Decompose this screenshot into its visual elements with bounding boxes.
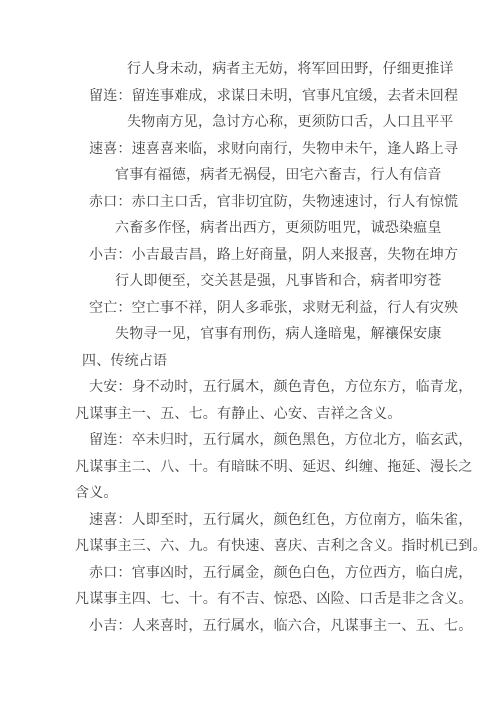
paragraph-line: 凡谋事主一、五、七。有静止、心安、吉祥之含义。: [75, 402, 435, 429]
verse-line: 行人即便至，交关甚是强，凡事皆和合，病者叩穷苍: [75, 269, 435, 296]
paragraph-line: 凡谋事主四、七、十。有不吉、惊恐、凶险、口舌是非之含义。: [75, 587, 435, 614]
section-heading: 四、传统占语: [75, 349, 435, 376]
paragraph-line: 凡谋事主三、六、九。有快速、喜庆、吉利之含义。指时机已到。: [75, 534, 435, 561]
verse-line: 行人身未动，病者主无妨，将军回田野，仔细更推详: [75, 57, 435, 84]
verse-line: 六畜多作怪，病者出西方，更须防咀咒，诚恐染瘟皇: [75, 216, 435, 243]
verse-line: 赤口：赤口主口舌，官非切宜防，失物速速讨，行人有惊慌: [75, 190, 435, 217]
verse-line: 官事有福德，病者无祸侵，田宅六畜吉，行人有信音: [75, 163, 435, 190]
paragraph-line: 含义。: [75, 481, 435, 508]
paragraph-line: 凡谋事主二、八、十。有暗昧不明、延迟、纠缠、拖延、漫长之: [75, 455, 435, 482]
verse-line: 失物南方见，急讨方心称，更须防口舌，人口且平平: [75, 110, 435, 137]
paragraph-line: 速喜：人即至时，五行属火，颜色红色，方位南方，临朱雀，: [75, 508, 435, 535]
verse-line: 失物寻一见，官事有刑伤，病人逢暗鬼，解禳保安康: [75, 322, 435, 349]
verse-line: 小吉：小吉最吉昌，路上好商量，阴人来报喜，失物在坤方: [75, 243, 435, 270]
verse-line: 留连：留连事难成，求谋日未明，官事凡宜缓，去者未回程: [75, 84, 435, 111]
paragraph-line: 大安：身不动时，五行属木，颜色青色，方位东方，临青龙，: [75, 375, 435, 402]
verse-line: 空亡：空亡事不祥，阴人多乖张，求财无利益，行人有灾殃: [75, 296, 435, 323]
document-content: 行人身未动，病者主无妨，将军回田野，仔细更推详 留连：留连事难成，求谋日未明，官…: [75, 57, 435, 640]
paragraph-line: 小吉：人来喜时，五行属水，临六合，凡谋事主一、五、七。: [75, 614, 435, 641]
paragraph-line: 赤口：官事凶时，五行属金，颜色白色，方位西方，临白虎，: [75, 561, 435, 588]
document-page: 行人身未动，病者主无妨，将军回田野，仔细更推详 留连：留连事难成，求谋日未明，官…: [0, 0, 500, 707]
paragraph-line: 留连：卒未归时，五行属水，颜色黑色，方位北方，临玄武，: [75, 428, 435, 455]
verse-line: 速喜：速喜喜来临，求财向南行，失物申未午，逢人路上寻: [75, 137, 435, 164]
